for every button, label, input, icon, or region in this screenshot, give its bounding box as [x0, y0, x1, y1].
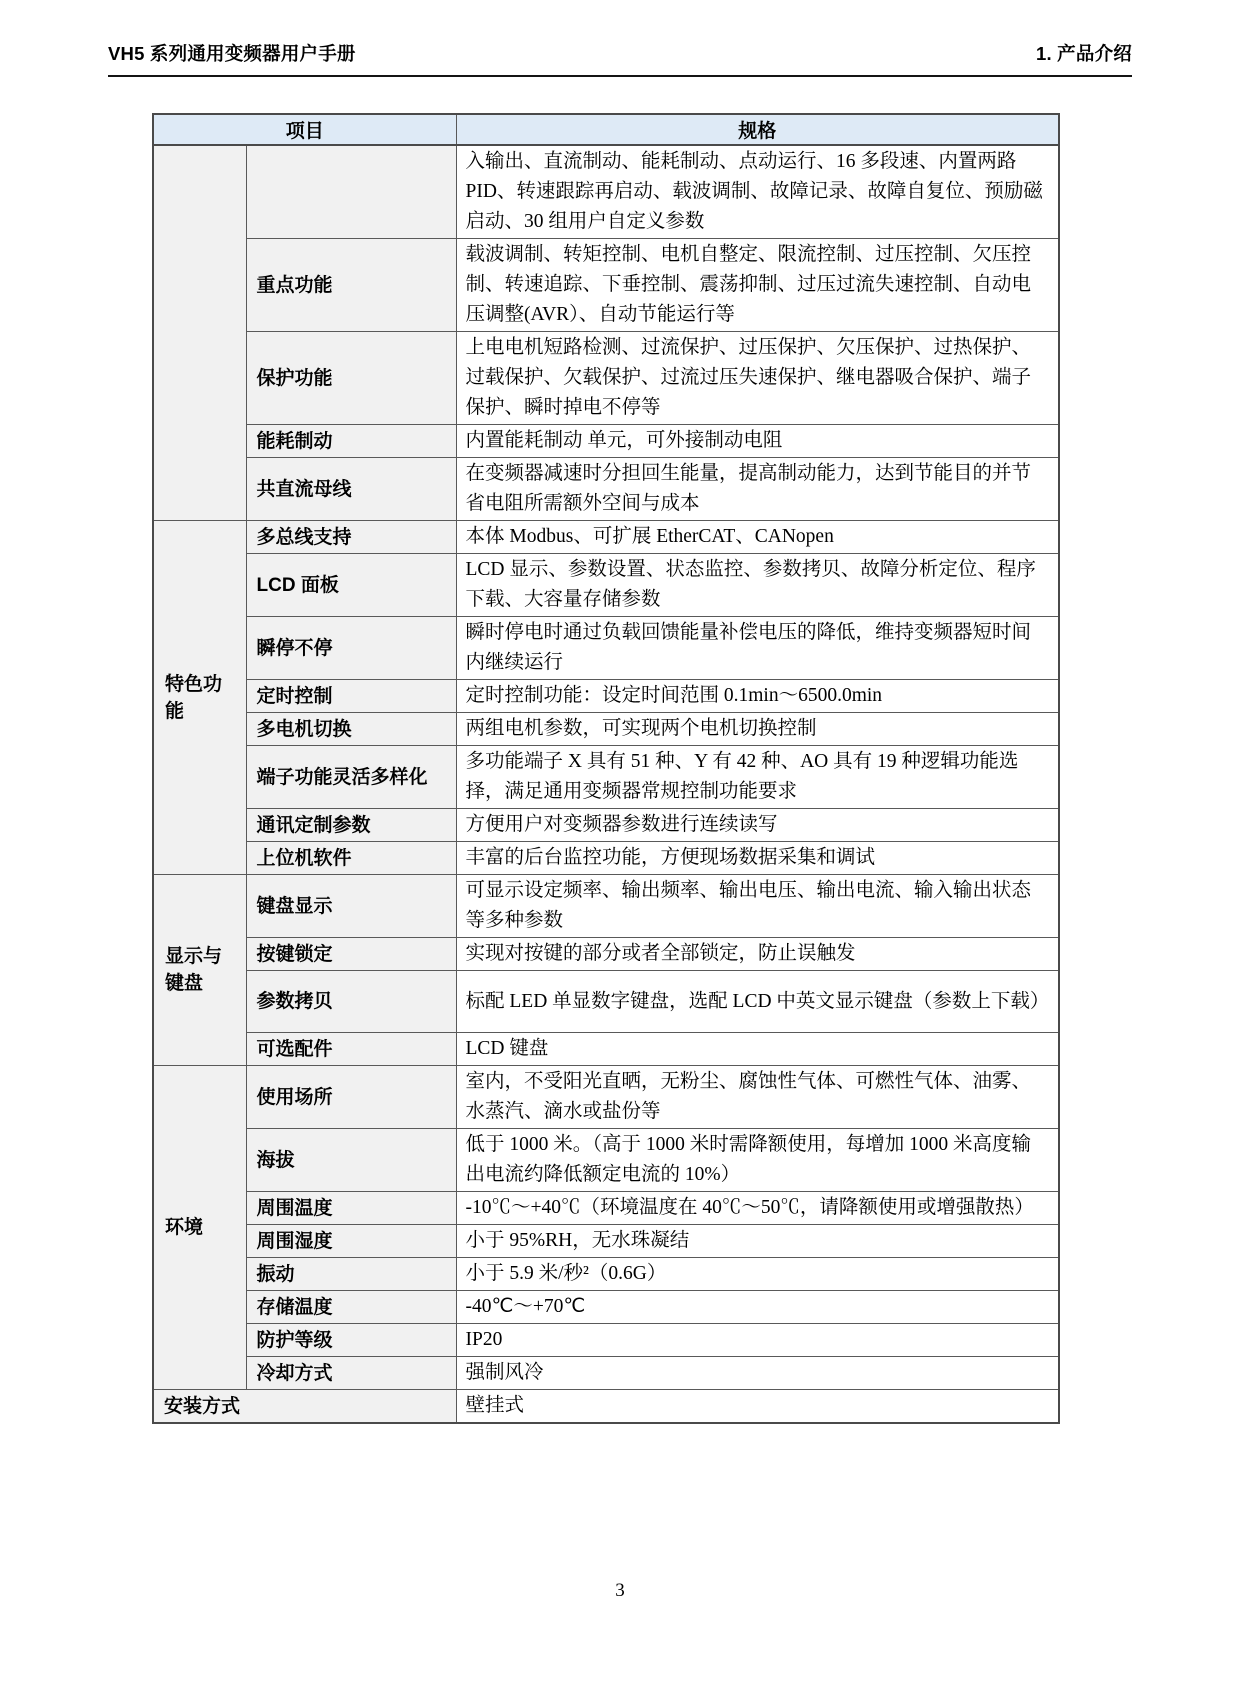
- item-cell: 周围湿度: [246, 1225, 456, 1258]
- item-cell: 瞬停不停: [246, 617, 456, 680]
- item-cell: 按键锁定: [246, 938, 456, 971]
- spec-cell: 内置能耗制动 单元，可外接制动电阻: [456, 425, 1059, 458]
- item-cell: 多电机切换: [246, 713, 456, 746]
- table-row: 入输出、直流制动、能耗制动、点动运行、16 多段速、内置两路 PID、转速跟踪再…: [153, 145, 1059, 239]
- spec-cell: IP20: [456, 1324, 1059, 1357]
- table-row: 参数拷贝 标配 LED 单显数字键盘，选配 LCD 中英文显示键盘（参数上下载）: [153, 971, 1059, 1033]
- item-cell: 安装方式: [153, 1390, 456, 1424]
- item-cell: 周围温度: [246, 1192, 456, 1225]
- table-row: 可选配件 LCD 键盘: [153, 1033, 1059, 1066]
- spec-cell: 小于 95%RH，无水珠凝结: [456, 1225, 1059, 1258]
- item-cell: 多总线支持: [246, 521, 456, 554]
- spec-cell: 载波调制、转矩控制、电机自整定、限流控制、过压控制、欠压控制、转速追踪、下垂控制…: [456, 239, 1059, 332]
- spec-cell: 低于 1000 米。（高于 1000 米时需降额使用，每增加 1000 米高度输…: [456, 1129, 1059, 1192]
- spec-cell: -40℃～+70℃: [456, 1291, 1059, 1324]
- table-row: 特色功能 多总线支持 本体 Modbus、可扩展 EtherCAT、CANope…: [153, 521, 1059, 554]
- table-header-row: 项目 规格: [153, 114, 1059, 145]
- item-cell: 防护等级: [246, 1324, 456, 1357]
- table-row: 振动 小于 5.9 米/秒²（0.6G）: [153, 1258, 1059, 1291]
- item-cell: 定时控制: [246, 680, 456, 713]
- spec-cell: 实现对按键的部分或者全部锁定，防止误触发: [456, 938, 1059, 971]
- spec-cell: LCD 显示、参数设置、状态监控、参数拷贝、故障分析定位、程序下载、大容量存储参…: [456, 554, 1059, 617]
- item-cell: 重点功能: [246, 239, 456, 332]
- item-cell: 可选配件: [246, 1033, 456, 1066]
- table-row: 安装方式 壁挂式: [153, 1390, 1059, 1424]
- item-cell: 键盘显示: [246, 875, 456, 938]
- item-cell: 参数拷贝: [246, 971, 456, 1033]
- item-cell: 保护功能: [246, 332, 456, 425]
- table-row: 周围温度 -10℃～+40℃（环境温度在 40℃～50℃，请降额使用或增强散热）: [153, 1192, 1059, 1225]
- table-row: LCD 面板 LCD 显示、参数设置、状态监控、参数拷贝、故障分析定位、程序下载…: [153, 554, 1059, 617]
- spec-cell: -10℃～+40℃（环境温度在 40℃～50℃，请降额使用或增强散热）: [456, 1192, 1059, 1225]
- table-row: 通讯定制参数 方便用户对变频器参数进行连续读写: [153, 809, 1059, 842]
- category-cell: 显示与键盘: [153, 875, 246, 1066]
- item-cell: 端子功能灵活多样化: [246, 746, 456, 809]
- spec-cell: 两组电机参数，可实现两个电机切换控制: [456, 713, 1059, 746]
- column-header-item: 项目: [153, 114, 456, 145]
- table-row: 上位机软件 丰富的后台监控功能，方便现场数据采集和调试: [153, 842, 1059, 875]
- item-cell: 共直流母线: [246, 458, 456, 521]
- table-row: 多电机切换 两组电机参数，可实现两个电机切换控制: [153, 713, 1059, 746]
- item-cell: 冷却方式: [246, 1357, 456, 1390]
- table-row: 保护功能 上电电机短路检测、过流保护、过压保护、欠压保护、过热保护、过载保护、欠…: [153, 332, 1059, 425]
- item-cell: [246, 145, 456, 239]
- table-row: 能耗制动 内置能耗制动 单元，可外接制动电阻: [153, 425, 1059, 458]
- item-cell: 上位机软件: [246, 842, 456, 875]
- spec-cell: 可显示设定频率、输出频率、输出电压、输出电流、输入输出状态等多种参数: [456, 875, 1059, 938]
- column-header-spec: 规格: [456, 114, 1059, 145]
- spec-cell: 小于 5.9 米/秒²（0.6G）: [456, 1258, 1059, 1291]
- specification-table: 项目 规格 入输出、直流制动、能耗制动、点动运行、16 多段速、内置两路 PID…: [152, 113, 1060, 1424]
- table-row: 共直流母线 在变频器减速时分担回生能量，提高制动能力，达到节能目的并节省电阻所需…: [153, 458, 1059, 521]
- item-cell: LCD 面板: [246, 554, 456, 617]
- item-cell: 使用场所: [246, 1066, 456, 1129]
- document-page: VH5 系列通用变频器用户手册 1. 产品介绍 项目 规格 入输出、直流制动、能…: [0, 0, 1240, 1683]
- category-cell: 环境: [153, 1066, 246, 1390]
- spec-cell: 方便用户对变频器参数进行连续读写: [456, 809, 1059, 842]
- spec-cell: LCD 键盘: [456, 1033, 1059, 1066]
- spec-cell: 标配 LED 单显数字键盘，选配 LCD 中英文显示键盘（参数上下载）: [456, 971, 1059, 1033]
- table-row: 显示与键盘 键盘显示 可显示设定频率、输出频率、输出电压、输出电流、输入输出状态…: [153, 875, 1059, 938]
- table-row: 周围湿度 小于 95%RH，无水珠凝结: [153, 1225, 1059, 1258]
- table-row: 防护等级 IP20: [153, 1324, 1059, 1357]
- table-row: 按键锁定 实现对按键的部分或者全部锁定，防止误触发: [153, 938, 1059, 971]
- item-cell: 振动: [246, 1258, 456, 1291]
- item-cell: 通讯定制参数: [246, 809, 456, 842]
- table-row: 端子功能灵活多样化 多功能端子 X 具有 51 种、Y 有 42 种、AO 具有…: [153, 746, 1059, 809]
- spec-cell: 本体 Modbus、可扩展 EtherCAT、CANopen: [456, 521, 1059, 554]
- spec-cell: 定时控制功能：设定时间范围 0.1min～6500.0min: [456, 680, 1059, 713]
- category-cell: [153, 145, 246, 521]
- header-section-right: 1. 产品介绍: [1036, 40, 1132, 66]
- spec-cell: 入输出、直流制动、能耗制动、点动运行、16 多段速、内置两路 PID、转速跟踪再…: [456, 145, 1059, 239]
- item-cell: 存储温度: [246, 1291, 456, 1324]
- table-row: 冷却方式 强制风冷: [153, 1357, 1059, 1390]
- item-cell: 海拔: [246, 1129, 456, 1192]
- spec-cell: 上电电机短路检测、过流保护、过压保护、欠压保护、过热保护、过载保护、欠载保护、过…: [456, 332, 1059, 425]
- page-header: VH5 系列通用变频器用户手册 1. 产品介绍: [108, 40, 1132, 77]
- spec-cell: 强制风冷: [456, 1357, 1059, 1390]
- category-cell: 特色功能: [153, 521, 246, 875]
- table-row: 环境 使用场所 室内，不受阳光直晒，无粉尘、腐蚀性气体、可燃性气体、油雾、水蒸汽…: [153, 1066, 1059, 1129]
- table-row: 定时控制 定时控制功能：设定时间范围 0.1min～6500.0min: [153, 680, 1059, 713]
- item-cell: 能耗制动: [246, 425, 456, 458]
- spec-cell: 室内，不受阳光直晒，无粉尘、腐蚀性气体、可燃性气体、油雾、水蒸汽、滴水或盐份等: [456, 1066, 1059, 1129]
- table-row: 存储温度 -40℃～+70℃: [153, 1291, 1059, 1324]
- table-row: 重点功能 载波调制、转矩控制、电机自整定、限流控制、过压控制、欠压控制、转速追踪…: [153, 239, 1059, 332]
- page-number: 3: [0, 1580, 1240, 1602]
- table-row: 瞬停不停 瞬时停电时通过负载回馈能量补偿电压的降低，维持变频器短时间内继续运行: [153, 617, 1059, 680]
- spec-cell: 多功能端子 X 具有 51 种、Y 有 42 种、AO 具有 19 种逻辑功能选…: [456, 746, 1059, 809]
- table-row: 海拔 低于 1000 米。（高于 1000 米时需降额使用，每增加 1000 米…: [153, 1129, 1059, 1192]
- spec-cell: 壁挂式: [456, 1390, 1059, 1424]
- spec-cell: 在变频器减速时分担回生能量，提高制动能力，达到节能目的并节省电阻所需额外空间与成…: [456, 458, 1059, 521]
- spec-cell: 丰富的后台监控功能，方便现场数据采集和调试: [456, 842, 1059, 875]
- header-title-left: VH5 系列通用变频器用户手册: [108, 40, 356, 66]
- spec-cell: 瞬时停电时通过负载回馈能量补偿电压的降低，维持变频器短时间内继续运行: [456, 617, 1059, 680]
